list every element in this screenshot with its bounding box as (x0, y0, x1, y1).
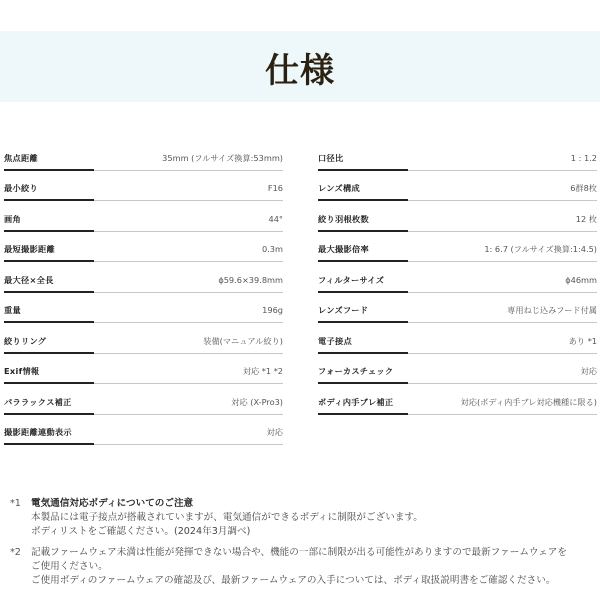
spec-row: 最短撮影距離0.3m (4, 232, 283, 263)
footnote-line: 記載ファームウェア未満は性能が発揮できない場合や、機能の一部に制限が出る可能性が… (31, 546, 600, 560)
spec-value: 1: 6.7 (フルサイズ換算:1:4.5) (484, 243, 597, 262)
footnote-line: ご使用ください。 (31, 560, 600, 574)
spec-value: ϕ46mm (565, 274, 597, 293)
footnote-heading: 電気通信対応ボディについてのご注意 (31, 497, 600, 511)
spec-row: 画角44° (4, 201, 283, 232)
title-band: 仕様 (0, 31, 600, 102)
spec-row: 最大撮影倍率1: 6.7 (フルサイズ換算:1:4.5) (318, 232, 597, 263)
spec-row: フォーカスチェック対応 (318, 354, 597, 385)
footnote-line: ボディリストをご確認ください。(2024年3月調べ) (31, 525, 600, 539)
spec-row: Exif情報対応 *1 *2 (4, 354, 283, 385)
spec-value: 対応 *1 *2 (243, 365, 283, 384)
spec-value: 対応(ボディ内手ブレ対応機種に限る) (461, 396, 597, 415)
spec-row: 口径比1 : 1.2 (318, 140, 597, 171)
label-underline (4, 443, 94, 445)
spec-value: 196g (262, 304, 283, 323)
spec-value: 44° (268, 213, 283, 232)
spec-value: ϕ59.6×39.8mm (218, 274, 283, 293)
spec-value: 6群8枚 (570, 182, 597, 201)
footnote-line: 本製品には電子接点が搭載されていますが、電気通信ができるボディに制限がございます… (31, 511, 600, 525)
spec-row: パララックス補正対応 (X-Pro3) (4, 384, 283, 415)
footnote-2: *2 記載ファームウェア未満は性能が発揮できない場合や、機能の一部に制限が出る可… (0, 546, 600, 589)
spec-value: 1 : 1.2 (571, 152, 597, 171)
page-title: 仕様 (265, 43, 335, 92)
footnote-mark: *2 (10, 546, 21, 560)
spec-table-left: 焦点距離35mm (フルサイズ換算:53mm) 最小絞りF16 画角44° 最短… (4, 140, 283, 445)
spec-value: 35mm (フルサイズ換算:53mm) (162, 152, 283, 171)
spec-value: 12 枚 (576, 213, 597, 232)
spec-value: 装備(マニュアル絞り) (203, 335, 283, 354)
spec-value: 0.3m (262, 243, 283, 262)
spec-value: 対応 (267, 426, 283, 445)
spec-row: レンズフード専用ねじ込みフード付属 (318, 293, 597, 324)
spec-value: F16 (268, 182, 283, 201)
label-underline (318, 413, 408, 415)
footnotes: *1 電気通信対応ボディについてのご注意 本製品には電子接点が搭載されていますが… (0, 497, 600, 594)
spec-value: 対応 (X-Pro3) (231, 396, 283, 415)
spec-table-right: 口径比1 : 1.2 レンズ構成6群8枚 絞り羽根枚数12 枚 最大撮影倍率1:… (318, 140, 597, 415)
spec-row: フィルターサイズϕ46mm (318, 262, 597, 293)
spec-row: 最大径×全長ϕ59.6×39.8mm (4, 262, 283, 293)
spec-row: 重量196g (4, 293, 283, 324)
spec-value: あり *1 (569, 335, 597, 354)
footnote-line: ご使用ボディのファームウェアの確認及び、最新ファームウェアの入手については、ボデ… (31, 574, 600, 588)
spec-row: 電子接点あり *1 (318, 323, 597, 354)
spec-row: 撮影距離連動表示対応 (4, 415, 283, 446)
spec-row: 絞りリング装備(マニュアル絞り) (4, 323, 283, 354)
spec-row: 最小絞りF16 (4, 171, 283, 202)
spec-row: レンズ構成6群8枚 (318, 171, 597, 202)
spec-value: 専用ねじ込みフード付属 (507, 304, 597, 323)
spec-row: 焦点距離35mm (フルサイズ換算:53mm) (4, 140, 283, 171)
footnote-mark: *1 (10, 497, 21, 511)
spec-value: 対応 (581, 365, 597, 384)
spec-row: 絞り羽根枚数12 枚 (318, 201, 597, 232)
spec-row: ボディ内手ブレ補正対応(ボディ内手ブレ対応機種に限る) (318, 384, 597, 415)
footnote-1: *1 電気通信対応ボディについてのご注意 本製品には電子接点が搭載されていますが… (0, 497, 600, 540)
